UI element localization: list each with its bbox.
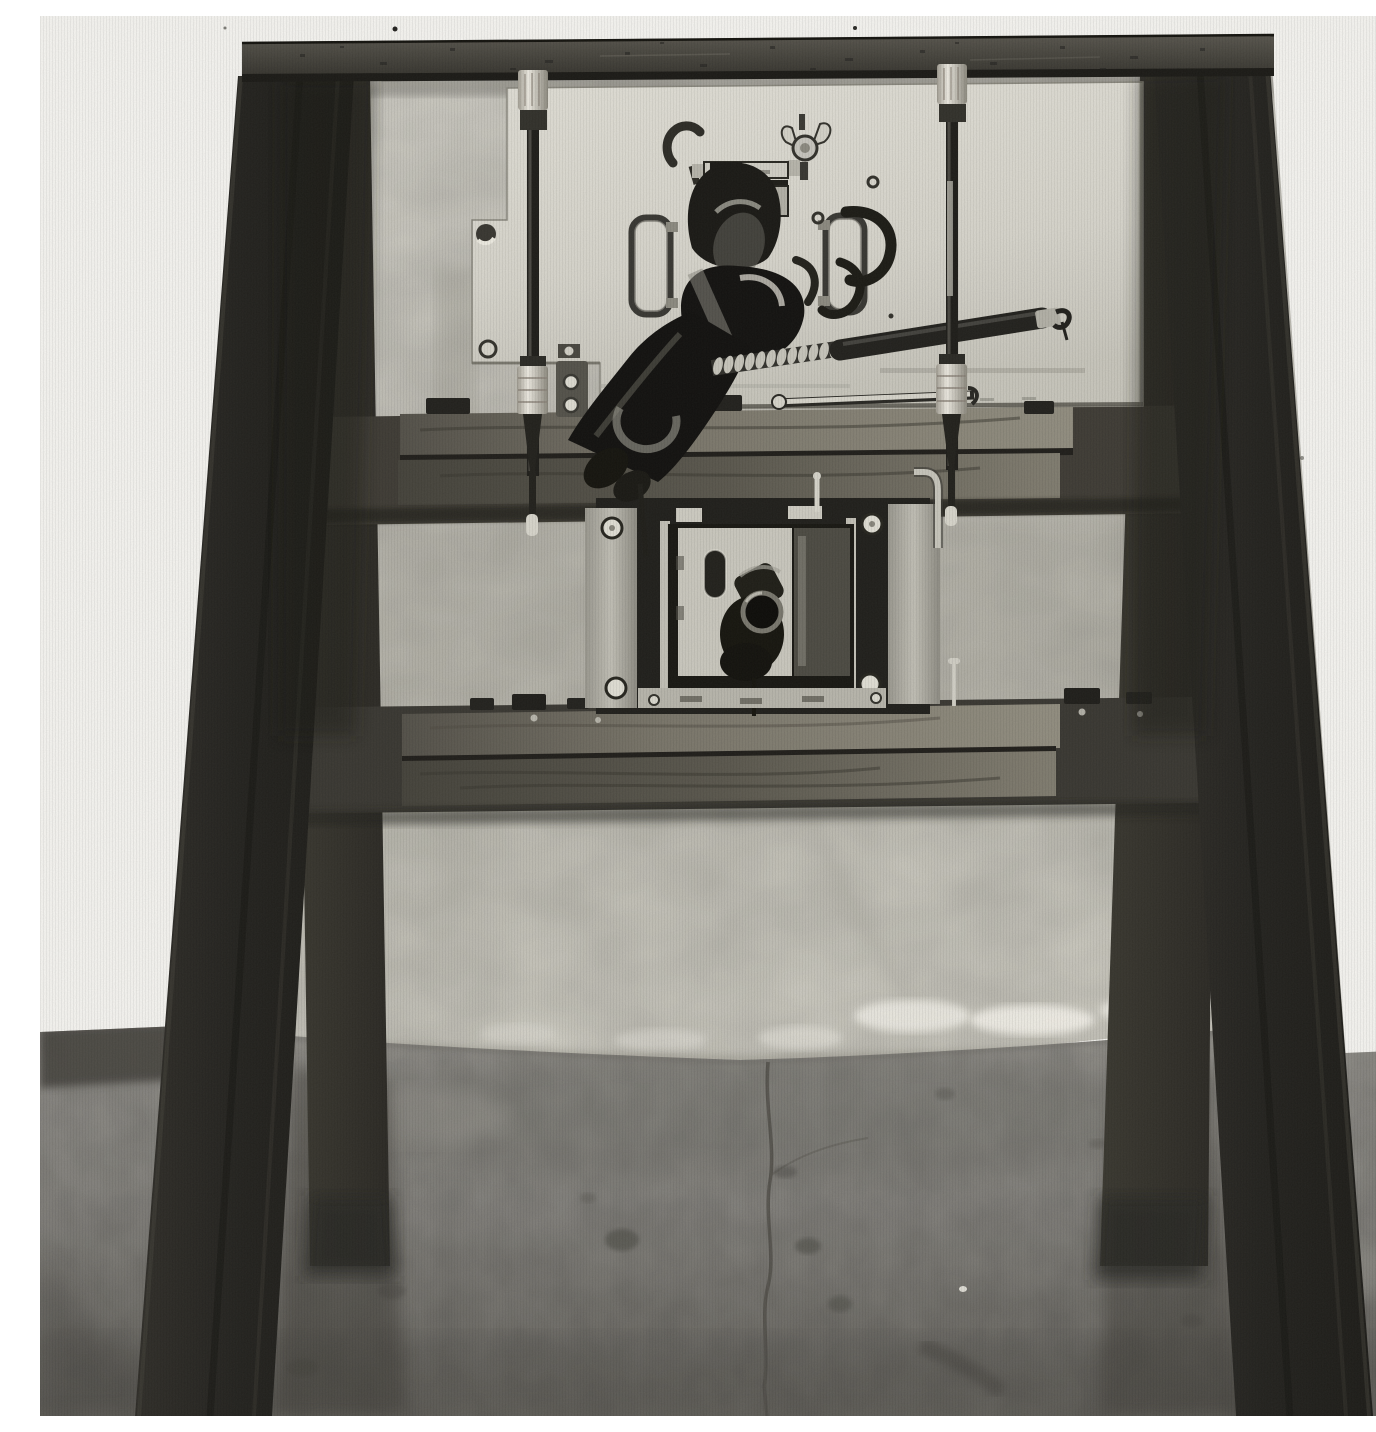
photograph (40, 16, 1376, 1416)
photo-canvas (40, 16, 1376, 1416)
film-grain-light (40, 16, 1376, 1416)
